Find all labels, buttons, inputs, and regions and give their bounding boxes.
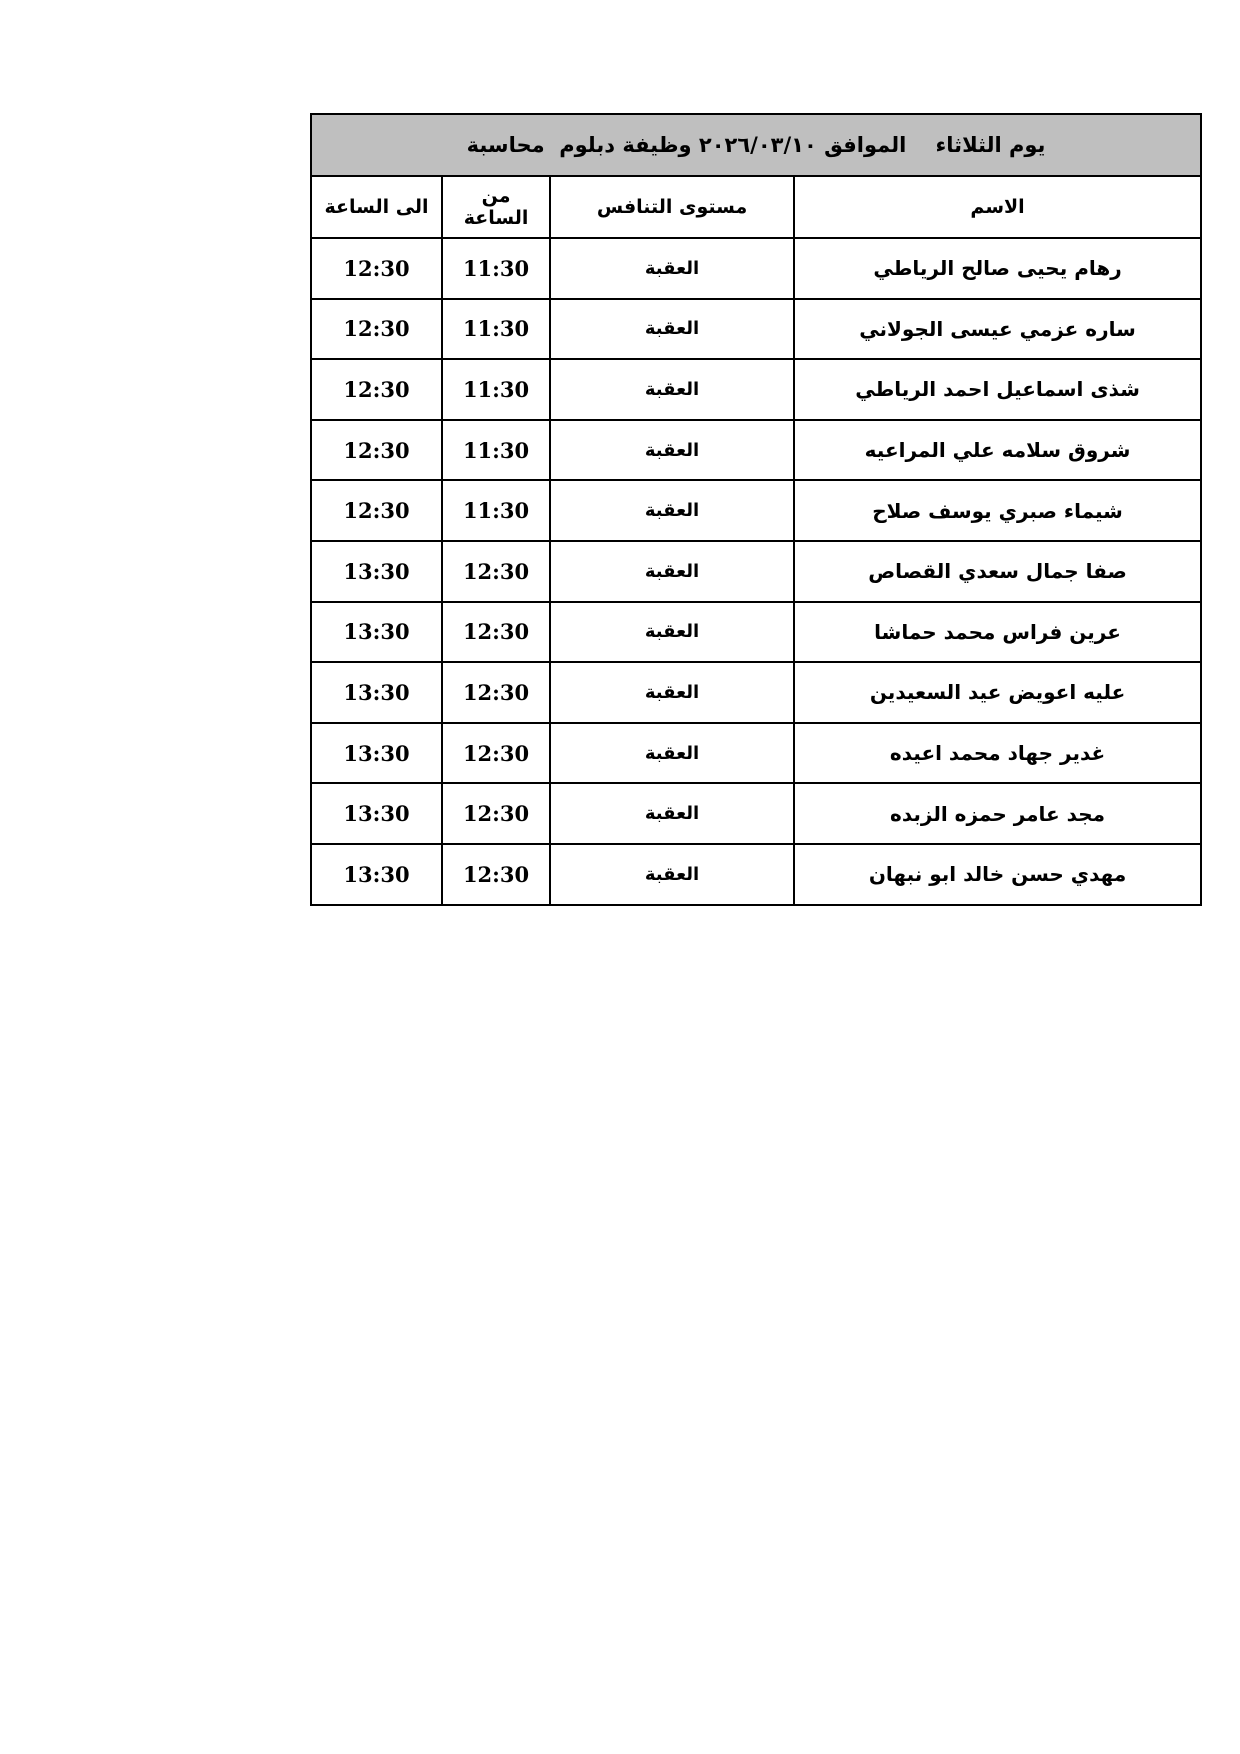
from-time-cell: 12:30 [442, 541, 550, 602]
competition-level-cell: العقبة [550, 420, 794, 481]
from-time-cell: 11:30 [442, 359, 550, 420]
col-header-from-time: من الساعة [442, 176, 550, 238]
column-header-row: الاسم مستوى التنافس من الساعة الى الساعة [311, 176, 1201, 238]
table-row: شروق سلامه علي المراعيه العقبة 11:30 12:… [311, 420, 1201, 481]
candidate-name-cell: عليه اعويض عيد السعيدين [794, 662, 1201, 723]
competition-level-cell: العقبة [550, 602, 794, 663]
competition-level-cell: العقبة [550, 299, 794, 360]
candidate-name-cell: ساره عزمي عيسى الجولاني [794, 299, 1201, 360]
competition-level-cell: العقبة [550, 723, 794, 784]
competition-level-cell: العقبة [550, 662, 794, 723]
table-title-row: يوم الثلاثاء الموافق ٢٠٢٦/٠٣/١٠ وظيفة دب… [311, 114, 1201, 176]
competition-level-cell: العقبة [550, 480, 794, 541]
from-time-cell: 11:30 [442, 238, 550, 299]
table-row: رهام يحيى صالح الرياطي العقبة 11:30 12:3… [311, 238, 1201, 299]
candidate-name-cell: مجد عامر حمزه الزبده [794, 783, 1201, 844]
table-row: غدير جهاد محمد اعيده العقبة 12:30 13:30 [311, 723, 1201, 784]
from-time-cell: 11:30 [442, 480, 550, 541]
to-time-cell: 13:30 [311, 602, 442, 663]
to-time-cell: 13:30 [311, 662, 442, 723]
table-row: شيماء صبري يوسف صلاح العقبة 11:30 12:30 [311, 480, 1201, 541]
table-row: ساره عزمي عيسى الجولاني العقبة 11:30 12:… [311, 299, 1201, 360]
to-time-cell: 12:30 [311, 238, 442, 299]
from-time-cell: 12:30 [442, 723, 550, 784]
table-row: شذى اسماعيل احمد الرياطي العقبة 11:30 12… [311, 359, 1201, 420]
col-header-to-time: الى الساعة [311, 176, 442, 238]
to-time-cell: 13:30 [311, 783, 442, 844]
competition-level-cell: العقبة [550, 783, 794, 844]
candidate-name-cell: رهام يحيى صالح الرياطي [794, 238, 1201, 299]
table-row: عرين فراس محمد حماشا العقبة 12:30 13:30 [311, 602, 1201, 663]
from-time-cell: 11:30 [442, 299, 550, 360]
candidate-name-cell: غدير جهاد محمد اعيده [794, 723, 1201, 784]
to-time-cell: 12:30 [311, 299, 442, 360]
candidate-name-cell: شروق سلامه علي المراعيه [794, 420, 1201, 481]
table-row: صفا جمال سعدي القصاص العقبة 12:30 13:30 [311, 541, 1201, 602]
table-row: مهدي حسن خالد ابو نبهان العقبة 12:30 13:… [311, 844, 1201, 905]
competition-level-cell: العقبة [550, 238, 794, 299]
to-time-cell: 13:30 [311, 541, 442, 602]
document-page: يوم الثلاثاء الموافق ٢٠٢٦/٠٣/١٠ وظيفة دب… [0, 0, 1240, 1754]
candidate-name-cell: صفا جمال سعدي القصاص [794, 541, 1201, 602]
candidate-name-cell: شذى اسماعيل احمد الرياطي [794, 359, 1201, 420]
competition-level-cell: العقبة [550, 359, 794, 420]
table-row: عليه اعويض عيد السعيدين العقبة 12:30 13:… [311, 662, 1201, 723]
to-time-cell: 12:30 [311, 359, 442, 420]
schedule-table: يوم الثلاثاء الموافق ٢٠٢٦/٠٣/١٠ وظيفة دب… [310, 113, 1202, 906]
candidate-name-cell: شيماء صبري يوسف صلاح [794, 480, 1201, 541]
from-time-cell: 12:30 [442, 783, 550, 844]
col-header-name: الاسم [794, 176, 1201, 238]
competition-level-cell: العقبة [550, 844, 794, 905]
table-row: مجد عامر حمزه الزبده العقبة 12:30 13:30 [311, 783, 1201, 844]
candidate-name-cell: مهدي حسن خالد ابو نبهان [794, 844, 1201, 905]
candidate-name-cell: عرين فراس محمد حماشا [794, 602, 1201, 663]
from-time-cell: 12:30 [442, 662, 550, 723]
to-time-cell: 13:30 [311, 723, 442, 784]
from-time-cell: 12:30 [442, 602, 550, 663]
competition-level-cell: العقبة [550, 541, 794, 602]
col-header-level: مستوى التنافس [550, 176, 794, 238]
table-title: يوم الثلاثاء الموافق ٢٠٢٦/٠٣/١٠ وظيفة دب… [311, 114, 1201, 176]
from-time-cell: 11:30 [442, 420, 550, 481]
to-time-cell: 12:30 [311, 480, 442, 541]
to-time-cell: 13:30 [311, 844, 442, 905]
from-time-cell: 12:30 [442, 844, 550, 905]
to-time-cell: 12:30 [311, 420, 442, 481]
